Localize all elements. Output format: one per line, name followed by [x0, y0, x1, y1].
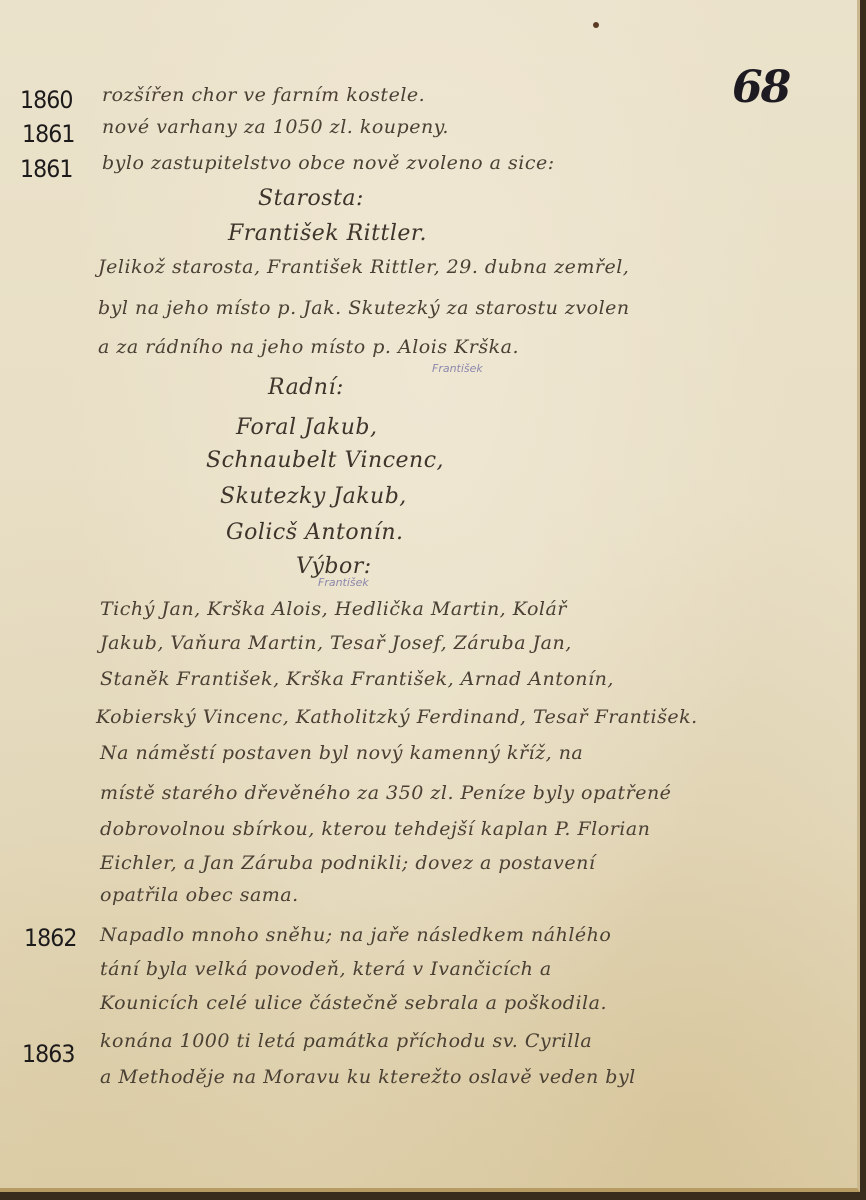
year-1860: 1860 [20, 86, 73, 114]
entry-1862-line-2: tání byla velká povodeň, která v Ivančic… [100, 958, 552, 980]
year-1861-council: 1861 [20, 155, 73, 183]
year-1862: 1862 [24, 924, 77, 952]
pencil-correction-1: František [432, 362, 483, 375]
starosta-name: František Rittler. [228, 221, 427, 246]
council-line-1: Jelikož starosta, František Rittler, 29.… [98, 256, 629, 278]
pencil-correction-2: František [318, 576, 369, 589]
cross-line-2: místě starého dřevěného za 350 zl. Peníz… [100, 782, 671, 804]
entry-1863-line-1: konána 1000 ti letá památka příchodu sv.… [100, 1030, 592, 1052]
cross-line-1: Na náměstí postaven byl nový kamenný kří… [100, 742, 583, 764]
year-1861-organ: 1861 [22, 120, 75, 148]
radni-member-4: Golicš Antonín. [226, 520, 404, 545]
council-line-3: a za rádního na jeho místo p. Alois Kršk… [98, 336, 519, 358]
vybor-line-1: Tichý Jan, Krška Alois, Hedlička Martin,… [100, 598, 567, 620]
page-number: 68 [732, 62, 789, 113]
vybor-line-4: Kobierský Vincenc, Katholitzký Ferdinand… [96, 706, 698, 728]
entry-1860-text: rozšířen chor ve farním kostele. [102, 84, 425, 106]
cross-line-5: opatřila obec sama. [100, 884, 299, 906]
vybor-line-2: Jakub, Vaňura Martin, Tesař Josef, Zárub… [100, 632, 572, 654]
vybor-line-3: Staněk František, Krška František, Arnad… [100, 668, 614, 690]
cross-line-4: Eichler, a Jan Záruba podnikli; dovez a … [100, 852, 595, 874]
ink-speck [593, 22, 599, 28]
entry-1862-line-1: Napadlo mnoho sněhu; na jaře následkem n… [100, 924, 611, 946]
entry-1861-organ-text: nové varhany za 1050 zl. koupeny. [102, 116, 449, 138]
cross-line-3: dobrovolnou sbírkou, kterou tehdejší kap… [100, 818, 650, 840]
entry-1861-council-text: bylo zastupitelstvo obce nově zvoleno a … [102, 152, 555, 174]
entry-1862-line-3: Kounicích celé ulice částečně sebrala a … [100, 992, 607, 1014]
year-1863: 1863 [22, 1040, 75, 1068]
starosta-heading: Starosta: [258, 186, 364, 211]
council-line-2: byl na jeho místo p. Jak. Skutezký za st… [98, 297, 630, 319]
radni-member-2: Schnaubelt Vincenc, [206, 448, 444, 473]
radni-member-1: Foral Jakub, [236, 415, 377, 440]
entry-1863-line-2: a Methoděje na Moravu ku kterežto oslavě… [100, 1066, 636, 1088]
radni-heading: Radní: [268, 375, 344, 400]
manuscript-page: 68 1860 rozšířen chor ve farním kostele.… [0, 0, 860, 1192]
radni-member-3: Skutezky Jakub, [220, 484, 407, 509]
